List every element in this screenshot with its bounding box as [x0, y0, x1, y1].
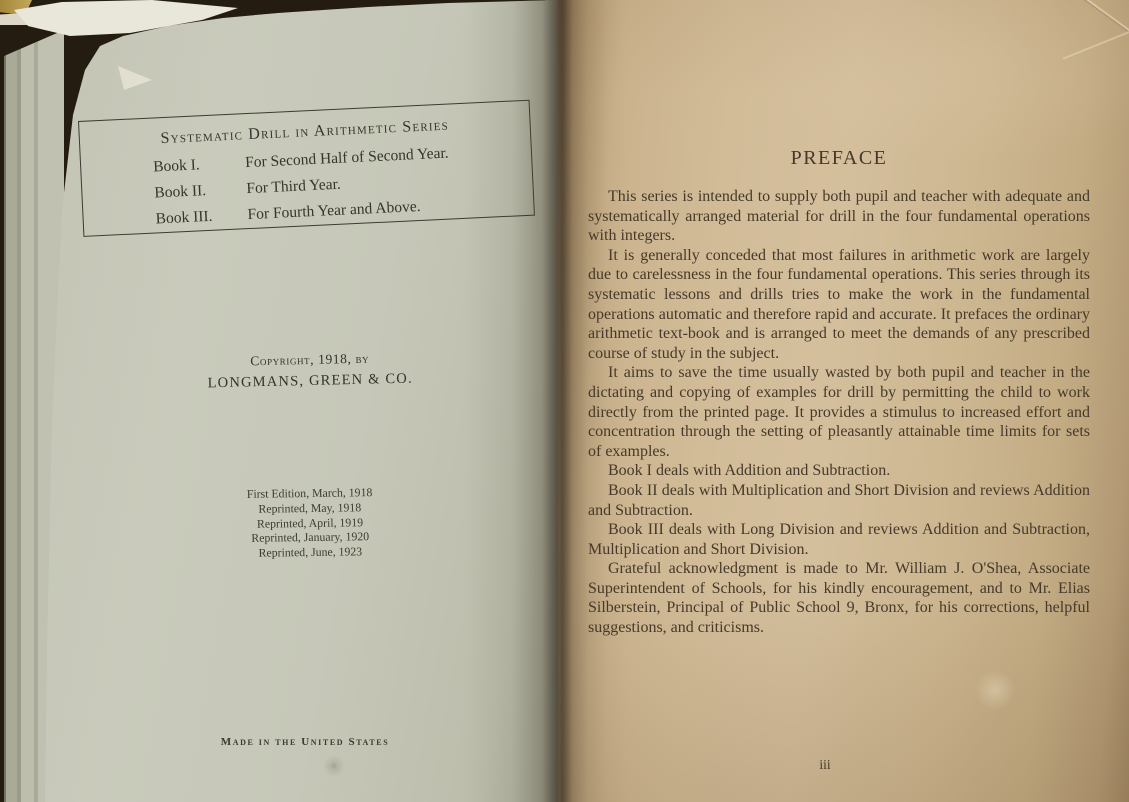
- book-list: Book I.For Second Half of Second Year. B…: [153, 137, 534, 233]
- book-desc: For Fourth Year and Above.: [247, 198, 421, 223]
- preface-paragraph: This series is intended to supply both p…: [588, 187, 1090, 246]
- preface-paragraph: It is generally conceded that most failu…: [588, 246, 1090, 364]
- preface-paragraph: Book II deals with Multiplication and Sh…: [588, 481, 1090, 520]
- preface-title: PREFACE: [588, 147, 1090, 170]
- preface-paragraph: It aims to save the time usually wasted …: [588, 363, 1090, 461]
- book-desc: For Third Year.: [246, 176, 341, 197]
- page-number: iii: [805, 757, 845, 773]
- edition-list: First Edition, March, 1918 Reprinted, Ma…: [184, 484, 435, 561]
- made-in-notice: Made in the United States: [150, 736, 460, 748]
- preface-paragraph: Grateful acknowledgment is made to Mr. W…: [588, 559, 1090, 637]
- preface-paragraph: Book III deals with Long Division and re…: [588, 520, 1090, 559]
- book-label: Book III.: [155, 202, 248, 232]
- copyright-block: Copyright, 1918, by LONGMANS, GREEN & CO…: [160, 349, 461, 394]
- series-box: Systematic Drill in Arithmetic Series Bo…: [78, 100, 535, 237]
- book-spread-photo: Systematic Drill in Arithmetic Series Bo…: [0, 0, 1129, 802]
- book-desc: For Second Half of Second Year.: [245, 145, 449, 172]
- preface-paragraph: Book I deals with Addition and Subtracti…: [588, 461, 1090, 481]
- preface-section: PREFACE This series is intended to suppl…: [588, 147, 1090, 638]
